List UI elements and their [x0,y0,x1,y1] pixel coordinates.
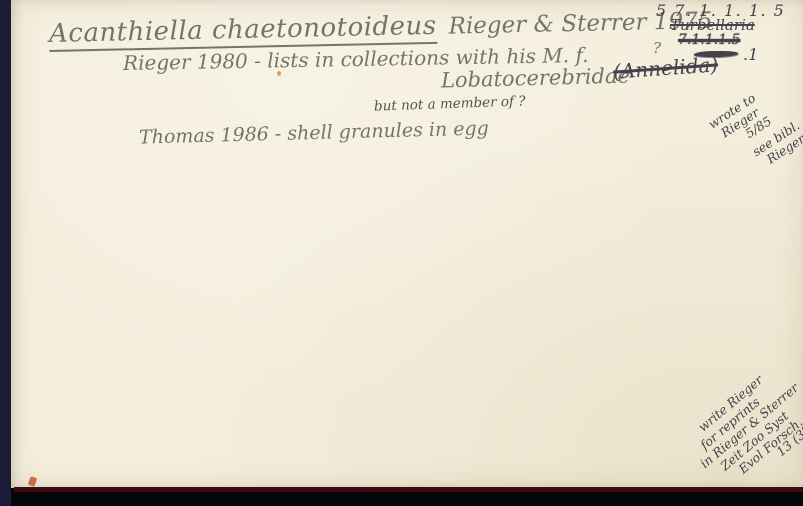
index-card: Acanthiella chaetonotoideusRieger & Ster… [11,0,803,488]
card-bottom-edge-shadow [14,487,803,492]
species-title-line: Acanthiella chaetonotoideusRieger & Ster… [49,5,713,49]
corner-classification-block: 5 7. 1. 1. 1. 5 Turbellaria 7.1.1.1.5 .1 [656,3,785,60]
margin-note-wrote-rieger: wrote to Rieger 5/85 see bibl. Rieger 75 [706,70,803,183]
struck-word-turbellaria: Turbellaria [670,18,785,33]
question-mark: ? [653,39,661,57]
card-left-spine-shadow [0,0,11,506]
note-not-a-member: but not a member of ? [374,93,526,114]
scanned-index-card: Acanthiella chaetonotoideusRieger & Ster… [0,0,803,506]
scribble-suffix: .1 [743,47,758,62]
red-edge-mark [28,476,38,487]
struck-old-code: 7.1.1.1.5 [678,33,785,48]
struck-annelida: (Annelida) [612,52,719,83]
margin-note-write-for-reprints: write Rieger for reprints in Rieger & St… [679,359,803,502]
paper-speck [277,71,281,76]
note-thomas-1986: Thomas 1986 - shell granules in egg [139,117,489,148]
note-family-lobatocerebridae: Lobatocerebridae [441,64,630,93]
